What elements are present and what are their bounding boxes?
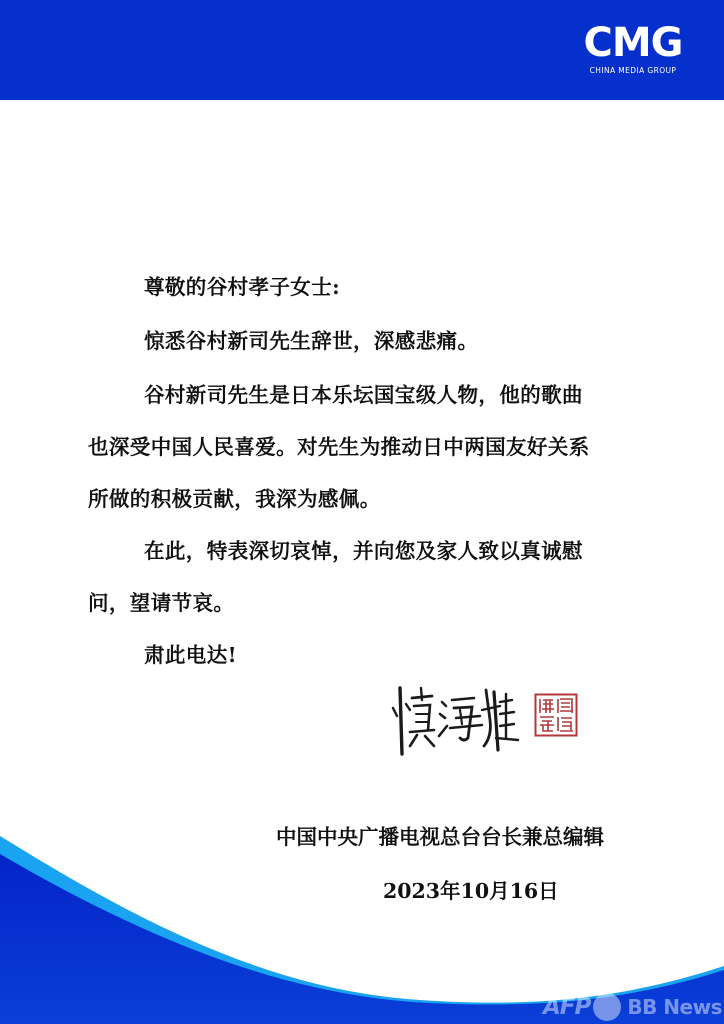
- seal-stamp: [534, 693, 578, 737]
- paragraph-2-line-2: 也深受中国人民喜爱。对先生为推动日中两国友好关系: [88, 430, 590, 460]
- watermark-afp: AFP: [543, 994, 590, 1020]
- watermark-bbnews: BB News: [627, 995, 722, 1019]
- closing: 肃此电达!: [144, 638, 237, 668]
- paragraph-2-line-3: 所做的积极贡献，我深为感佩。: [88, 482, 381, 512]
- watermark-circle-icon: [593, 993, 621, 1021]
- handwritten-signature: [390, 680, 520, 760]
- afpbb-watermark: AFP BB News: [543, 994, 722, 1020]
- logo-subtitle: CHINA MEDIA GROUP: [578, 66, 688, 75]
- paragraph-2-line-1: 谷村新司先生是日本乐坛国宝级人物，他的歌曲: [144, 378, 583, 408]
- paragraph-1-line-1: 惊悉谷村新司先生辞世，深感悲痛。: [144, 324, 478, 354]
- header-band: CMG CHINA MEDIA GROUP: [0, 0, 724, 100]
- paragraph-3-line-1: 在此，特表深切哀悼，并向您及家人致以真诚慰: [144, 534, 583, 564]
- salutation: 尊敬的谷村孝子女士:: [144, 270, 340, 300]
- logo-mark: CMG: [578, 22, 688, 64]
- cmg-logo: CMG CHINA MEDIA GROUP: [578, 22, 688, 75]
- paragraph-3-line-2: 问，望请节哀。: [88, 586, 234, 616]
